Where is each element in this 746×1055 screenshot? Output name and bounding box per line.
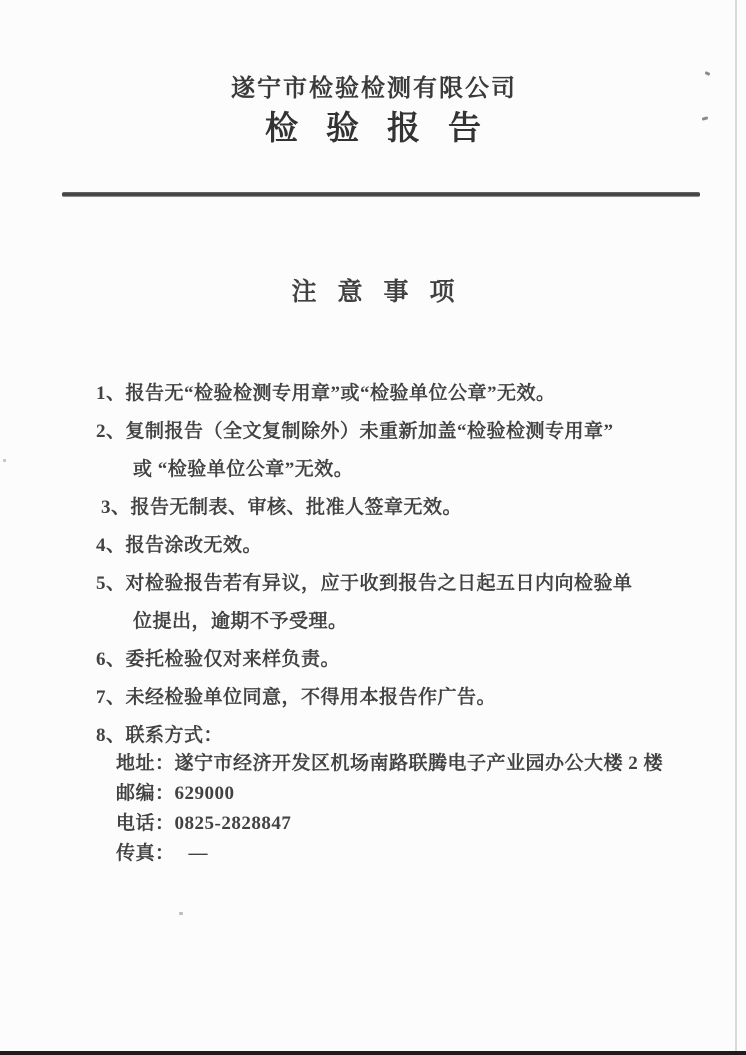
company-name: 遂宁市检验检测有限公司 xyxy=(0,68,746,103)
notice-item-4: 4、报告涂改无效。 xyxy=(96,535,696,557)
header-divider-rule xyxy=(62,192,700,197)
notice-item-3: 3、报告无制表、审核、批准人签章无效。 xyxy=(96,497,696,519)
contact-fax: 传真：— xyxy=(116,843,696,865)
notice-heading: 注意事项 xyxy=(0,272,746,308)
contact-address: 地址：遂宁市经济开发区机场南路联腾电子产业园办公大楼 2 楼 xyxy=(116,753,696,775)
scan-edge-bottom-line xyxy=(0,1051,746,1055)
scan-speck-artifact xyxy=(3,459,6,462)
notice-item-2: 2、复制报告（全文复制除外）未重新加盖“检验检测专用章” xyxy=(96,421,696,443)
notice-item-6: 6、委托检验仅对来样负责。 xyxy=(96,649,696,671)
report-title: 检验报告 xyxy=(0,102,746,149)
notice-item-5-continuation: 位提出，逾期不予受理。 xyxy=(133,611,696,633)
scan-edge-right-line xyxy=(735,0,737,1055)
notice-item-5: 5、对检验报告若有异议，应于收到报告之日起五日内向检验单 xyxy=(96,573,696,595)
scan-speck-artifact xyxy=(179,912,183,915)
notice-item-2-continuation: 或 “检验单位公章”无效。 xyxy=(133,459,696,481)
notice-item-1: 1、报告无“检验检测专用章”或“检验单位公章”无效。 xyxy=(96,383,696,405)
contact-phone: 电话：0825-2828847 xyxy=(116,813,696,835)
report-notice-page: 遂宁市检验检测有限公司 检验报告 注意事项 1、报告无“检验检测专用章”或“检验… xyxy=(0,0,746,1055)
contact-fax-label: 传真： xyxy=(116,843,175,864)
contact-postcode: 邮编：629000 xyxy=(116,783,696,805)
notice-list: 1、报告无“检验检测专用章”或“检验单位公章”无效。 2、复制报告（全文复制除外… xyxy=(96,383,696,873)
contact-fax-value: — xyxy=(175,843,209,864)
notice-item-8: 8、联系方式： xyxy=(96,725,696,747)
notice-item-7: 7、未经检验单位同意，不得用本报告作广告。 xyxy=(96,687,696,709)
